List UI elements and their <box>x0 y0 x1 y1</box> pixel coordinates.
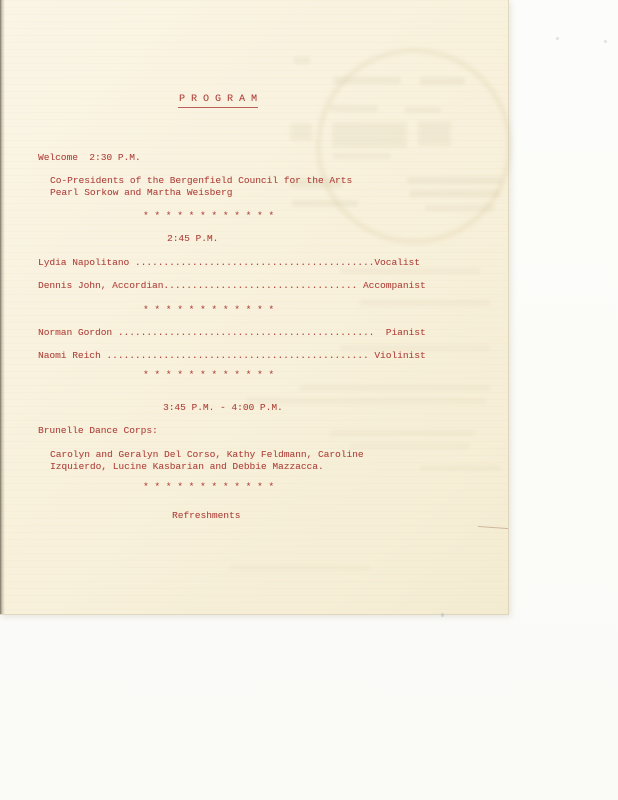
bleedthrough-seal-circle <box>316 48 512 244</box>
performer-line-pianist: Norman Gordon ..........................… <box>38 327 426 339</box>
bleedthrough-ghost <box>333 77 401 84</box>
dance-corps-heading: Brunelle Dance Corps: <box>38 425 158 437</box>
scan-speck <box>604 40 607 43</box>
welcome-line: Welcome 2:30 P.M. <box>38 152 141 164</box>
bleedthrough-ghost <box>407 177 502 184</box>
bleedthrough-ghost <box>360 300 490 306</box>
bleedthrough-ghost <box>420 465 500 471</box>
scan-speck <box>556 37 559 40</box>
paper-crease <box>478 526 508 529</box>
asterisk-divider-3: * * * * * * * * * * * * <box>143 369 274 381</box>
bleedthrough-ghost <box>425 205 495 211</box>
refreshments-line: Refreshments <box>172 510 240 522</box>
bleedthrough-ghost <box>420 77 465 85</box>
bleedthrough-ghost <box>350 443 470 449</box>
dancers-line-1: Carolyn and Geralyn Del Corso, Kathy Fel… <box>50 449 364 461</box>
bleedthrough-ghost <box>230 565 370 571</box>
scan-speck <box>441 613 444 617</box>
bleedthrough-ghost <box>418 121 451 146</box>
bleedthrough-ghost <box>294 57 310 64</box>
hosts-line-1: Co-Presidents of the Bergenfield Council… <box>50 175 352 187</box>
program-title: P R O G R A M <box>178 94 258 108</box>
bleedthrough-ghost <box>332 122 407 148</box>
bleedthrough-ghost <box>410 190 500 197</box>
bleedthrough-ghost <box>330 105 378 112</box>
scanner-background: P R O G R A M Welcome 2:30 P.M. Co-Presi… <box>0 0 618 800</box>
performer-line-vocalist: Lydia Napolitano .......................… <box>38 257 420 269</box>
bleedthrough-ghost <box>333 153 391 159</box>
performer-line-violinist: Naomi Reich ............................… <box>38 350 426 362</box>
bleedthrough-ghost <box>330 430 475 436</box>
paper-left-edge-shadow <box>0 0 5 614</box>
asterisk-divider-4: * * * * * * * * * * * * <box>143 481 274 493</box>
performer-line-accompanist: Dennis John, Accordian..................… <box>38 280 426 292</box>
session-3-time-range: 3:45 P.M. - 4:00 P.M. <box>163 402 283 414</box>
bleedthrough-ghost <box>300 385 490 391</box>
dancers-line-2: Izquierdo, Lucine Kasbarian and Debbie M… <box>50 461 324 473</box>
hosts-line-2: Pearl Sorkow and Martha Weisberg <box>50 187 232 199</box>
bleedthrough-ghost <box>292 200 358 207</box>
asterisk-divider-2: * * * * * * * * * * * * <box>143 304 274 316</box>
document-page: P R O G R A M Welcome 2:30 P.M. Co-Presi… <box>0 0 509 615</box>
bleedthrough-ghost <box>405 107 441 113</box>
session-2-time: 2:45 P.M. <box>167 233 218 245</box>
asterisk-divider-1: * * * * * * * * * * * * <box>143 210 274 222</box>
bleedthrough-ghost <box>290 123 312 141</box>
